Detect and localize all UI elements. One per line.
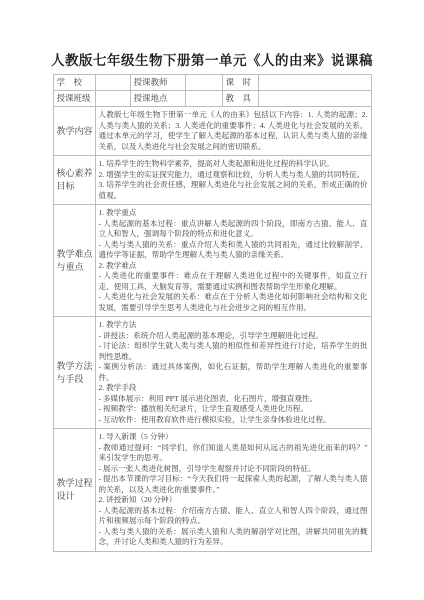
methods-text: 1. 教学方法 - 讲授法：系统介绍人类起源的基本理论，引导学生理解进化过程。 …: [95, 317, 371, 429]
teaching-class-label-cell: 授课班级: [53, 91, 95, 107]
section-row-methods: 教学方法与手段 1. 教学方法 - 讲授法：系统介绍人类起源的基本理论，引导学生…: [53, 317, 371, 429]
info-row-1: 学 校 授课教师 课 时: [53, 75, 371, 91]
teaching-aids-label-cell: 教 具: [222, 91, 258, 107]
location-label-cell: 授课地点: [130, 91, 185, 107]
document-page: 人教版七年级生物下册第一单元《人的由来》说课稿 学 校 授课教师 课 时 授课班…: [0, 0, 424, 600]
section-row-key-points: 教学难点与重点 1. 教学重点 - 人类起源的基本过程：重点讲解人类起源的四个阶…: [53, 205, 371, 317]
core-competency-text: 1. 培养学生的生物科学素养，提高对人类起源和进化过程的科学认识。 2. 增强学…: [95, 156, 371, 205]
teaching-class-value-cell: [95, 91, 130, 107]
lesson-plan-table: 学 校 授课教师 课 时 授课班级 授课地点 教 具 教学内容 人教版七年级生物…: [53, 74, 372, 552]
section-row-core-competency: 核心素养目标 1. 培养学生的生物科学素养，提高对人类起源和进化过程的科学认识。…: [53, 156, 371, 205]
class-period-label-cell: 课 时: [222, 75, 258, 91]
process-design-text: 1. 导入新课（5 分钟） - 教师通过提问：“同学们，你们知道人类是如何从远古…: [95, 429, 371, 552]
class-period-value-cell: [258, 75, 371, 91]
teaching-content-label: 教学内容: [53, 107, 95, 156]
process-design-label: 教学过程设计: [53, 429, 95, 552]
info-row-2: 授课班级 授课地点 教 具: [53, 91, 371, 107]
core-competency-label: 核心素养目标: [53, 156, 95, 205]
document-title: 人教版七年级生物下册第一单元《人的由来》说课稿: [0, 49, 424, 69]
teaching-content-text: 人教版七年级生物下册第一单元《人的由来》包括以下内容：1. 人类的起源；2. 人…: [95, 107, 371, 156]
teacher-label-cell: 授课教师: [130, 75, 185, 91]
key-points-label: 教学难点与重点: [53, 205, 95, 317]
section-row-teaching-content: 教学内容 人教版七年级生物下册第一单元《人的由来》包括以下内容：1. 人类的起源…: [53, 107, 371, 156]
teacher-value-cell: [185, 75, 222, 91]
methods-label: 教学方法与手段: [53, 317, 95, 429]
school-value-cell: [95, 75, 130, 91]
school-label-cell: 学 校: [53, 75, 95, 91]
key-points-text: 1. 教学重点 - 人类起源的基本过程：重点讲解人类起源的四个阶段，即南方古猿、…: [95, 205, 371, 317]
teaching-aids-value-cell: [258, 91, 371, 107]
location-value-cell: [185, 91, 222, 107]
section-row-process-design: 教学过程设计 1. 导入新课（5 分钟） - 教师通过提问：“同学们，你们知道人…: [53, 429, 371, 552]
